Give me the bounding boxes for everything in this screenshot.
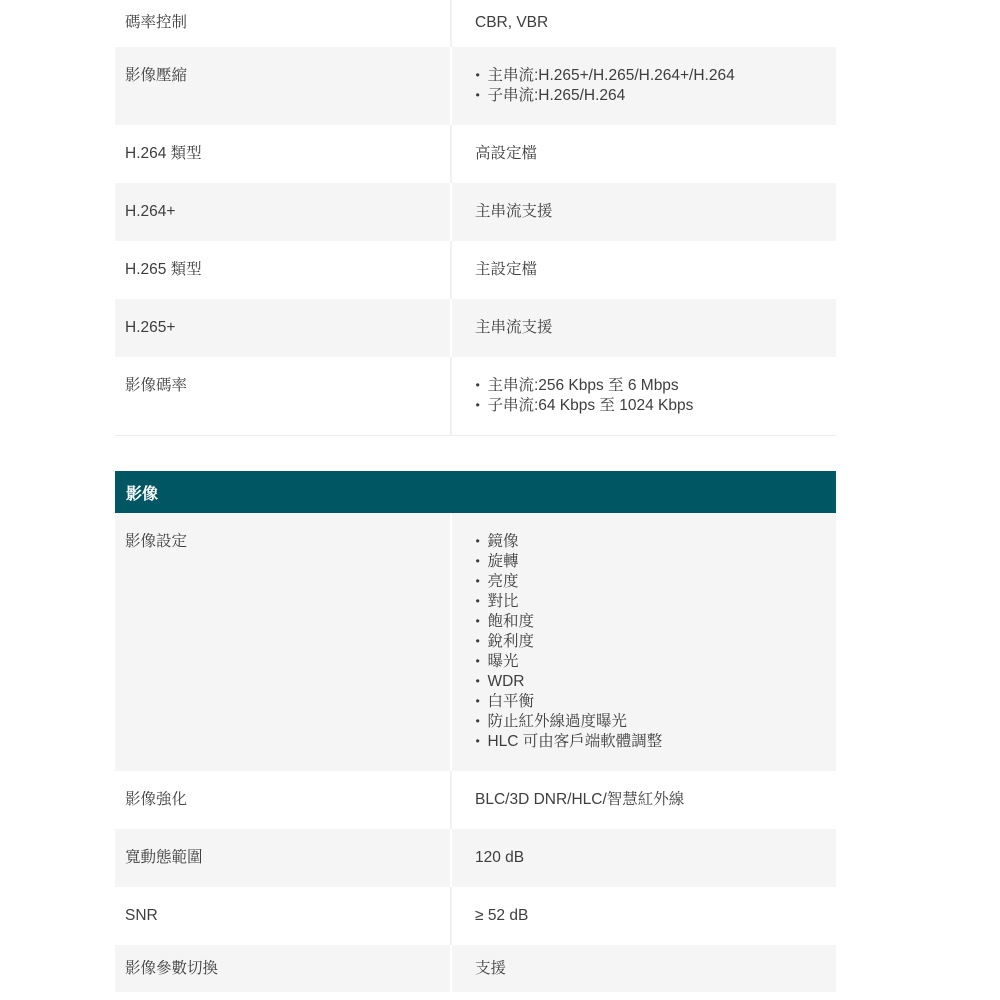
spec-value-line: •WDR xyxy=(475,672,826,692)
spec-row: 影像參數切換支援 xyxy=(115,945,836,992)
spec-row: H.265+主串流支援 xyxy=(115,299,836,357)
bullet-icon: • xyxy=(476,378,480,394)
spec-value-cell: 主串流支援 xyxy=(450,183,836,241)
spec-row: H.265 類型主設定檔 xyxy=(115,241,836,299)
spec-value-text: 高設定檔 xyxy=(475,145,537,162)
spec-value-line: •亮度 xyxy=(475,572,826,592)
bullet-icon: • xyxy=(476,734,480,750)
spec-label-cell: H.265 類型 xyxy=(115,241,450,299)
spec-value-text: 120 dB xyxy=(475,849,524,866)
spec-value-line: •銳利度 xyxy=(475,632,826,652)
spec-section-image: 影像影像設定•鏡像•旋轉•亮度•對比•飽和度•銳利度•曝光•WDR•白平衡•防止… xyxy=(115,471,836,992)
bullet-icon: • xyxy=(476,554,480,570)
bullet-icon: • xyxy=(476,654,480,670)
spec-value-text: 防止紅外線過度曝光 xyxy=(487,713,627,730)
spec-value-text: ≥ 52 dB xyxy=(475,907,528,924)
spec-value-text: 主設定檔 xyxy=(475,261,537,278)
spec-value-cell: 主設定檔 xyxy=(450,241,836,299)
page: 碼率控制CBR, VBR影像壓縮•主串流:H.265+/H.265/H.264+… xyxy=(0,0,1000,1000)
spec-label-cell: SNR xyxy=(115,887,450,945)
spec-label-cell: H.264+ xyxy=(115,183,450,241)
spec-row: 影像設定•鏡像•旋轉•亮度•對比•飽和度•銳利度•曝光•WDR•白平衡•防止紅外… xyxy=(115,513,836,771)
spec-row: 碼率控制CBR, VBR xyxy=(115,0,836,47)
spec-row: 影像強化BLC/3D DNR/HLC/智慧紅外線 xyxy=(115,771,836,829)
bullet-icon: • xyxy=(476,68,480,84)
spec-value-line: •防止紅外線過度曝光 xyxy=(475,712,826,732)
spec-value-line: •曝光 xyxy=(475,652,826,672)
spec-label-text: 碼率控制 xyxy=(125,14,187,31)
spec-value-cell: 高設定檔 xyxy=(450,125,836,183)
spec-value-cell: ≥ 52 dB xyxy=(450,887,836,945)
spec-value-text: CBR, VBR xyxy=(475,14,548,31)
spec-value-line: 高設定檔 xyxy=(475,144,826,164)
spec-value-cell: 主串流支援 xyxy=(450,299,836,357)
spec-label-cell: 影像壓縮 xyxy=(115,47,450,125)
spec-value-line: 主串流支援 xyxy=(475,202,826,222)
spec-label-text: 影像碼率 xyxy=(125,377,187,394)
spec-label-text: SNR xyxy=(125,907,158,924)
spec-section-bitrate-codec: 碼率控制CBR, VBR影像壓縮•主串流:H.265+/H.265/H.264+… xyxy=(115,0,836,436)
spec-row: H.264 類型高設定檔 xyxy=(115,125,836,183)
bullet-icon: • xyxy=(476,714,480,730)
bullet-icon: • xyxy=(476,694,480,710)
spec-value-text: WDR xyxy=(487,673,524,690)
bullet-icon: • xyxy=(476,574,480,590)
bullet-icon: • xyxy=(476,534,480,550)
spec-value-cell: •主串流:256 Kbps 至 6 Mbps•子串流:64 Kbps 至 102… xyxy=(450,357,836,435)
spec-value-text: 子串流:64 Kbps 至 1024 Kbps xyxy=(487,397,693,414)
spec-label-cell: H.264 類型 xyxy=(115,125,450,183)
spec-value-text: 主串流:256 Kbps 至 6 Mbps xyxy=(487,377,678,394)
spec-value-text: 主串流:H.265+/H.265/H.264+/H.264 xyxy=(487,67,734,84)
spec-value-cell: •主串流:H.265+/H.265/H.264+/H.264•子串流:H.265… xyxy=(450,47,836,125)
spec-value-text: HLC 可由客戶端軟體調整 xyxy=(487,733,662,750)
bullet-icon: • xyxy=(476,594,480,610)
spec-value-text: 主串流支援 xyxy=(475,203,553,220)
spec-label-text: H.264+ xyxy=(125,203,175,220)
spec-table: 碼率控制CBR, VBR影像壓縮•主串流:H.265+/H.265/H.264+… xyxy=(115,0,836,992)
spec-value-text: 支援 xyxy=(475,960,506,977)
spec-value-line: •對比 xyxy=(475,592,826,612)
spec-value-line: 120 dB xyxy=(475,848,826,868)
spec-value-line: CBR, VBR xyxy=(475,13,826,33)
spec-label-text: 寬動態範圍 xyxy=(125,849,203,866)
spec-value-cell: BLC/3D DNR/HLC/智慧紅外線 xyxy=(450,771,836,829)
spec-value-line: •子串流:64 Kbps 至 1024 Kbps xyxy=(475,396,826,416)
spec-value-cell: CBR, VBR xyxy=(450,0,836,47)
spec-value-line: •旋轉 xyxy=(475,552,826,572)
spec-value-text: 旋轉 xyxy=(487,553,518,570)
bullet-icon: • xyxy=(476,614,480,630)
spec-value-text: 對比 xyxy=(487,593,518,610)
spec-value-line: •鏡像 xyxy=(475,532,826,552)
spec-label-cell: 影像碼率 xyxy=(115,357,450,435)
spec-label-text: 影像壓縮 xyxy=(125,67,187,84)
spec-label-text: 影像參數切換 xyxy=(125,960,218,977)
spec-row: SNR≥ 52 dB xyxy=(115,887,836,945)
spec-value-line: 支援 xyxy=(475,959,826,979)
spec-value-line: •飽和度 xyxy=(475,612,826,632)
spec-label-cell: 寬動態範圍 xyxy=(115,829,450,887)
spec-value-cell: 120 dB xyxy=(450,829,836,887)
spec-label-cell: 影像參數切換 xyxy=(115,945,450,992)
spec-value-cell: 支援 xyxy=(450,945,836,992)
spec-row: H.264+主串流支援 xyxy=(115,183,836,241)
spec-label-cell: 影像強化 xyxy=(115,771,450,829)
spec-row: 寬動態範圍120 dB xyxy=(115,829,836,887)
spec-value-text: 子串流:H.265/H.264 xyxy=(487,87,625,104)
spec-value-line: BLC/3D DNR/HLC/智慧紅外線 xyxy=(475,790,826,810)
spec-value-text: 飽和度 xyxy=(487,613,534,630)
spec-value-text: 曝光 xyxy=(487,653,518,670)
spec-row: 影像碼率•主串流:256 Kbps 至 6 Mbps•子串流:64 Kbps 至… xyxy=(115,357,836,436)
bullet-icon: • xyxy=(476,634,480,650)
spec-value-line: 主設定檔 xyxy=(475,260,826,280)
section-header: 影像 xyxy=(115,471,836,513)
spec-value-text: BLC/3D DNR/HLC/智慧紅外線 xyxy=(475,791,684,808)
spec-value-line: •主串流:256 Kbps 至 6 Mbps xyxy=(475,376,826,396)
spec-value-line: •主串流:H.265+/H.265/H.264+/H.264 xyxy=(475,66,826,86)
spec-value-line: •HLC 可由客戶端軟體調整 xyxy=(475,732,826,752)
spec-value-line: ≥ 52 dB xyxy=(475,906,826,926)
spec-label-text: 影像設定 xyxy=(125,533,187,550)
spec-value-text: 白平衡 xyxy=(487,693,534,710)
spec-label-text: H.264 類型 xyxy=(125,145,202,162)
spec-value-text: 主串流支援 xyxy=(475,319,553,336)
bullet-icon: • xyxy=(476,398,480,414)
bullet-icon: • xyxy=(476,88,480,104)
spec-value-line: 主串流支援 xyxy=(475,318,826,338)
spec-label-cell: 碼率控制 xyxy=(115,0,450,47)
spec-value-line: •白平衡 xyxy=(475,692,826,712)
spec-label-text: 影像強化 xyxy=(125,791,187,808)
bullet-icon: • xyxy=(476,674,480,690)
spec-row: 影像壓縮•主串流:H.265+/H.265/H.264+/H.264•子串流:H… xyxy=(115,47,836,125)
spec-value-cell: •鏡像•旋轉•亮度•對比•飽和度•銳利度•曝光•WDR•白平衡•防止紅外線過度曝… xyxy=(450,513,836,771)
spec-value-text: 亮度 xyxy=(487,573,518,590)
section-header-label: 影像 xyxy=(126,481,158,504)
spec-value-text: 銳利度 xyxy=(487,633,534,650)
spec-label-cell: 影像設定 xyxy=(115,513,450,771)
spec-value-line: •子串流:H.265/H.264 xyxy=(475,86,826,106)
spec-value-text: 鏡像 xyxy=(487,533,518,550)
spec-label-text: H.265+ xyxy=(125,319,175,336)
spec-label-text: H.265 類型 xyxy=(125,261,202,278)
spec-label-cell: H.265+ xyxy=(115,299,450,357)
